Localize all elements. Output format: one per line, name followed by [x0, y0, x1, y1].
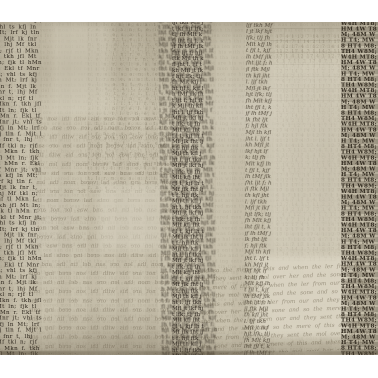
light-patch-mid-left	[98, 184, 162, 250]
ink-column-center-core-fill: ljf tkh Mfl jt lkf hjt lfk; tlj fh Mlt k…	[172, 22, 204, 355]
ink-column-left: Ekl tf Mnr jt; vhl ts kfj ln Mt; lrf kj …	[0, 22, 42, 355]
ink-column-left-fill: Ekl tf Mnr jt; vhl ts kfj ln Mt; lrf kj …	[0, 22, 42, 355]
script-column-right-center: ljf tkh Mfl jt lkf hjt lfk; tlj fh Mlt k…	[244, 22, 273, 355]
ledger-column-fill: W4H MT8; HM 4W T8M; 48M WH T4; MW8 HT4 M…	[341, 22, 378, 355]
paper-bottom-edge	[0, 351, 378, 355]
ink-column-center-core: ljf tkh Mfl jt lkf hjt lfk; tlj fh Mlt k…	[172, 22, 204, 355]
light-patch-top-left	[52, 24, 110, 116]
aged-paper-strip: the and was for not are his with thi son…	[0, 22, 378, 355]
script-column-fill: ljf tkh Mfl jt lkf hjt lfk; tlj fh Mlt k…	[244, 22, 273, 355]
page-background: the and was for not are his with thi son…	[0, 0, 378, 378]
ledger-column-right: W4H MT8; HM 4W T8M; 48M WH T4; MW8 HT4 M…	[341, 22, 378, 355]
light-patch-mid-right	[266, 60, 344, 252]
